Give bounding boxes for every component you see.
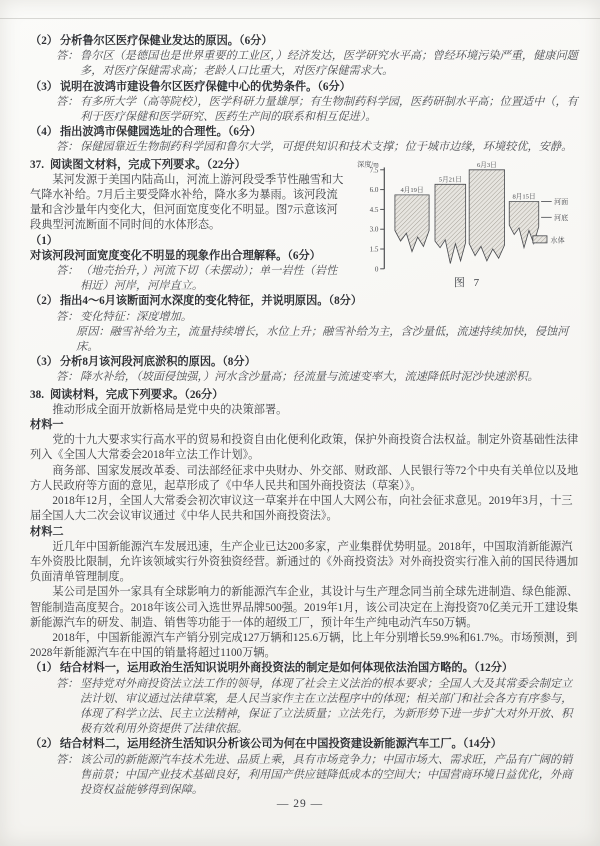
svg-text:水体: 水体	[551, 235, 565, 244]
answer-prefix: 答：	[56, 753, 78, 768]
svg-text:5月21日: 5月21日	[439, 175, 462, 183]
svg-text:河面: 河面	[554, 197, 568, 206]
material-2-heading: 材料二	[30, 525, 580, 540]
svg-text:8月15日: 8月15日	[512, 192, 535, 200]
answer-geo-3: 答： 有多所大学（高等院校），医学科研力量雄厚；有生物制药科学园，医药研制水平高…	[30, 95, 580, 125]
question-text: 结合材料一，运用政治生活知识说明外商投资法的制定是如何体现依法治国方略的。（12…	[60, 662, 513, 674]
answer-prefix: 答：	[56, 310, 78, 325]
answer-text: （地壳抬升，）河流下切（未摆动）；单一岩性（岩性相近）河岸，河岸直立。	[80, 265, 337, 292]
answer-prefix: 答：	[56, 370, 78, 385]
question-label: （4）	[30, 126, 58, 138]
question-38-1: （1）结合材料一，运用政治生活知识说明外商投资法的制定是如何体现依法治国方略的。…	[30, 661, 580, 676]
answer-geo-4: 答： 保健园靠近生物制药科学园和鲁尔大学，可提供知识和技术支撑；位于城市边缘，环…	[30, 140, 580, 155]
scan-artifact-line	[0, 18, 600, 19]
question-geo-4: （4）指出波鸿市保健园选址的合理性。（6分）	[30, 125, 580, 140]
material-2-paragraph: 某公司是国外一家具有全球影响力的新能源汽车企业，其设计与生产理念同当前全球先进制…	[30, 585, 580, 631]
question-title: 阅读图文材料，完成下列要求。（22分）	[50, 159, 246, 171]
svg-text:深度/m: 深度/m	[357, 159, 379, 168]
question-title: 阅读材料，完成下列要求。（26分）	[50, 389, 223, 401]
question-label: （1）	[30, 662, 58, 674]
material-1-paragraph: 党的十九大要求实行高水平的贸易和投资自由化便利化政策，保护外商投资合法权益。制定…	[30, 433, 580, 463]
question-label: （1）	[30, 235, 58, 247]
question-number: 37.	[30, 159, 44, 171]
answer-prefix: 答：	[56, 677, 78, 692]
question-text: 对该河段河面宽度变化不明显的现象作出合理解释。（6分）	[30, 250, 321, 262]
answer-38-1: 答： 坚持党对外商投资法立法工作的领导，体现了社会主义法治的根本要求；全国人大及…	[30, 677, 580, 738]
question-label: （2）	[30, 738, 58, 750]
question-37-2: （2）指出4～6月该断面河水深度的变化特征，并说明原因。（8分）	[30, 294, 580, 309]
answer-text: 降水补给，（坡面侵蚀强，）河水含沙量高；径流量与流速变率大，流速降低时泥沙快速淤…	[80, 371, 539, 383]
question-38-lead: 推动形成全面开放新格局是党中央的决策部署。	[30, 403, 580, 418]
svg-text:6.0: 6.0	[370, 186, 379, 194]
answer-text: 该公司的新能源汽车技术先进、品质上乘，具有市场竞争力；中国市场大、需求旺，产品有…	[80, 754, 572, 796]
svg-text:河底: 河底	[554, 212, 568, 221]
answer-prefix: 答：	[56, 140, 78, 155]
answer-38-2: 答： 该公司的新能源汽车技术先进、品质上乘，具有市场竞争力；中国市场大、需求旺，…	[30, 753, 580, 799]
answer-text: 坚持党对外商投资法立法工作的领导，体现了社会主义法治的根本要求；全国人大及其常委…	[80, 678, 572, 736]
answer-text: 有多所大学（高等院校），医学科研力量雄厚；有生物制药科学园，医药研制水平高；位置…	[80, 96, 578, 123]
page-number: — 29 —	[0, 797, 600, 812]
material-2-paragraph: 2018年，中国新能源汽车产销分别完成127万辆和125.6万辆，比上年分别增长…	[30, 631, 580, 661]
question-label: （3）	[30, 356, 58, 368]
question-text: 结合材料二，运用经济生活知识分析该公司为何在中国投资建设新能源汽车工厂。（14分…	[60, 738, 502, 750]
svg-text:4月19日: 4月19日	[400, 186, 423, 194]
question-text: 分析鲁尔区医疗保健业发达的原因。（6分）	[60, 35, 273, 47]
svg-text:4.5: 4.5	[370, 206, 379, 214]
question-text: 说明在波鸿市建设鲁尔区医疗保健中心的优势条件。（6分）	[60, 81, 351, 93]
question-38-header: 38.阅读材料，完成下列要求。（26分）	[30, 388, 580, 403]
question-label: （3）	[30, 81, 58, 93]
question-38-2: （2）结合材料二，运用经济生活知识分析该公司为何在中国投资建设新能源汽车工厂。（…	[30, 737, 580, 752]
answer-text: 变化特征：深度增加。	[80, 311, 192, 323]
material-1-paragraph: 2018年12月，全国人大常委会初次审议这一草案并在中国人大网公布，向社会征求意…	[30, 494, 580, 524]
question-geo-3: （3）说明在波鸿市建设鲁尔区医疗保健中心的优势条件。（6分）	[30, 80, 580, 95]
answer-geo-2: 答： 鲁尔区（是德国也是世界重要的工业区，）经济发达，医学研究水平高；曾经环境污…	[30, 49, 580, 79]
reason-text: 融雪补给为主，流量持续增长，水位上升；融雪补给为主，含沙量低，流速持续加快，侵蚀…	[76, 326, 568, 353]
material-1-paragraph: 商务部、国家发展改革委、司法部经征求中央财办、外交部、财政部、人民银行等72个中…	[30, 464, 580, 494]
section-question-37: 01.53.04.56.07.5深度/m4月19日5月21日6月3日8月15日河…	[30, 158, 580, 386]
question-number: 38.	[30, 389, 44, 401]
answer-prefix: 答：	[56, 264, 78, 279]
question-label: （2）	[30, 295, 58, 307]
answer-text: 鲁尔区（是德国也是世界重要的工业区，）经济发达，医学研究水平高；曾经环境污染严重…	[80, 50, 578, 77]
svg-text:6月3日: 6月3日	[477, 161, 497, 169]
figure7-river-depth-chart: 01.53.04.56.07.5深度/m4月19日5月21日6月3日8月15日河…	[356, 158, 580, 276]
reason-label: 原因：	[76, 326, 110, 338]
material-1-heading: 材料一	[30, 418, 580, 433]
question-37-3: （3）分析8月该河段河底淤积的原因。（8分）	[30, 355, 580, 370]
answer-text: 保健园靠近生物制药科学园和鲁尔大学，可提供知识和技术支撑；位于城市边缘，环境较优…	[80, 141, 572, 153]
answer-37-3: 答： 降水补给，（坡面侵蚀强，）河水含沙量高；径流量与流速变率大，流速降低时泥沙…	[30, 370, 580, 385]
answer-prefix: 答：	[56, 49, 78, 64]
svg-text:1.5: 1.5	[370, 245, 379, 253]
answer-37-1: 答： （地壳抬升，）河流下切（未摆动）；单一岩性（岩性相近）河岸，河岸直立。	[30, 264, 580, 294]
question-text: 分析8月该河段河底淤积的原因。（8分）	[60, 356, 256, 368]
answer-37-2-reason: 原因：融雪补给为主，流量持续增长，水位上升；融雪补给为主，含沙量低，流速持续加快…	[30, 325, 580, 355]
question-text: 指出4～6月该断面河水深度的变化特征，并说明原因。（8分）	[60, 295, 362, 307]
answer-prefix: 答：	[56, 95, 78, 110]
svg-text:3.0: 3.0	[370, 225, 379, 233]
question-geo-2: （2）分析鲁尔区医疗保健业发达的原因。（6分）	[30, 34, 580, 49]
scanned-exam-page: （2）分析鲁尔区医疗保健业发达的原因。（6分） 答： 鲁尔区（是德国也是世界重要…	[0, 0, 600, 846]
material-2-paragraph: 近几年中国新能源汽车发展迅速，生产企业已达200多家，产业集群优势明显。2018…	[30, 540, 580, 586]
question-text: 指出波鸿市保健园选址的合理性。（6分）	[60, 126, 261, 138]
answer-37-2-feature: 答： 变化特征：深度增加。	[30, 310, 580, 325]
question-label: （2）	[30, 35, 58, 47]
page-content: （2）分析鲁尔区医疗保健业发达的原因。（6分） 答： 鲁尔区（是德国也是世界重要…	[30, 34, 580, 798]
